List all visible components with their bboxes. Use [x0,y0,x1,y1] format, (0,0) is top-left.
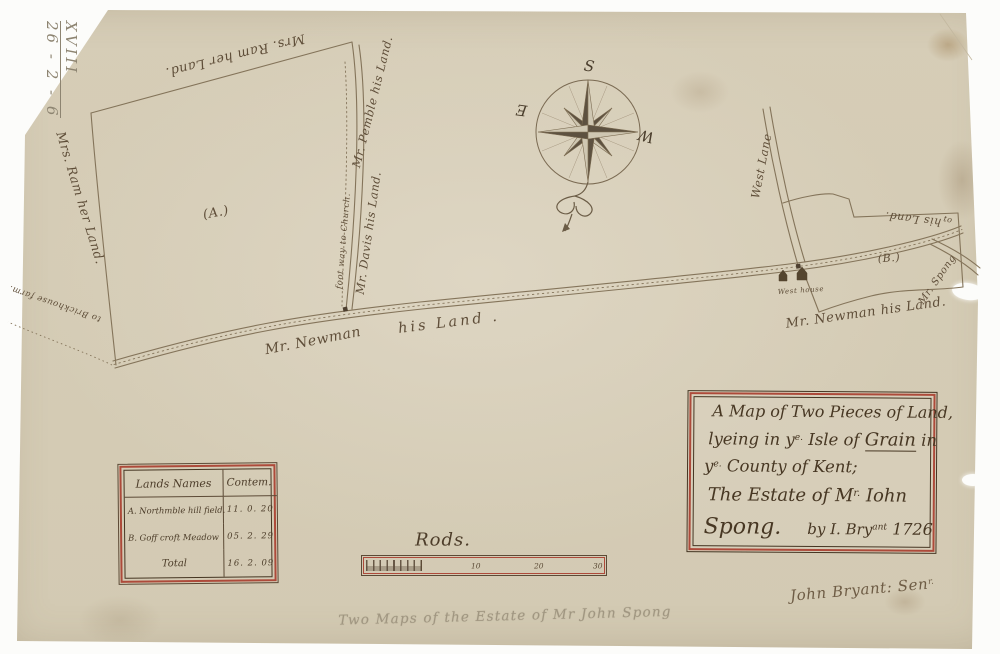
cartouche-red-frame: A Map of Two Pieces of Land, lyeing in y… [688,392,935,552]
paper-crease [940,14,972,60]
lands-content-table: Lands Names Contem. A. Northmble hill fi… [117,462,278,585]
table-row-b-value: 05. 2. 29 [224,523,277,550]
compass-rose: S E W [515,57,656,232]
compass-west-letter: W [635,125,656,147]
cartouche-line2: lyeing in ye. Isle of Grain in [704,424,920,455]
west-lane-road [763,107,805,265]
compass-south-letter: S [583,57,596,76]
west-house-buildings [779,267,807,281]
table-header-names: Lands Names [124,470,223,498]
label-to-offmap: to [943,215,954,225]
table-row-b-name: B. Goff croft Meadow [125,523,224,551]
scale-tick-30: 30 [593,561,603,570]
scale-tick-10: 10 [471,561,481,570]
parcel-b-letter: (B.) [877,252,900,265]
table-row-total-value: 16. 2. 09 [224,550,277,577]
table-row-a-value: 11. 0. 20 [224,496,277,523]
table-red-frame: Lands Names Contem. A. Northmble hill fi… [119,464,276,583]
table-row-a-name: A. Northmble hill field. [125,497,224,525]
scale-bar-subdivisions [366,560,422,571]
scale-title: Rods. [415,530,471,551]
compass-fleur-ornament [557,182,592,232]
parcel-b-outline [783,194,963,312]
cartouche-line3: ye. County of Kent; [704,453,920,481]
scale-bar: 10 20 30 [361,555,607,576]
compass-east-letter: E [515,100,529,119]
cartouche-line4: The Estate of Mr. Iohn [704,480,920,511]
cartouche-line1: A Map of Two Pieces of Land, [704,398,920,425]
scale-bar-frame: 10 20 30 [363,557,605,574]
title-cartouche: A Map of Two Pieces of Land, lyeing in y… [686,390,937,554]
map-scan-page: XVIII 26 - 2 - 6 [0,0,1000,654]
brickhouse-path-dotted [8,322,112,365]
table-header-content: Contem. [223,469,276,497]
scale-tick-20: 20 [534,561,544,570]
table-row-total-name: Total [125,550,224,578]
cartouche-line5: Spong.by I. Bryant 1726 [703,509,919,546]
main-road [113,226,980,368]
